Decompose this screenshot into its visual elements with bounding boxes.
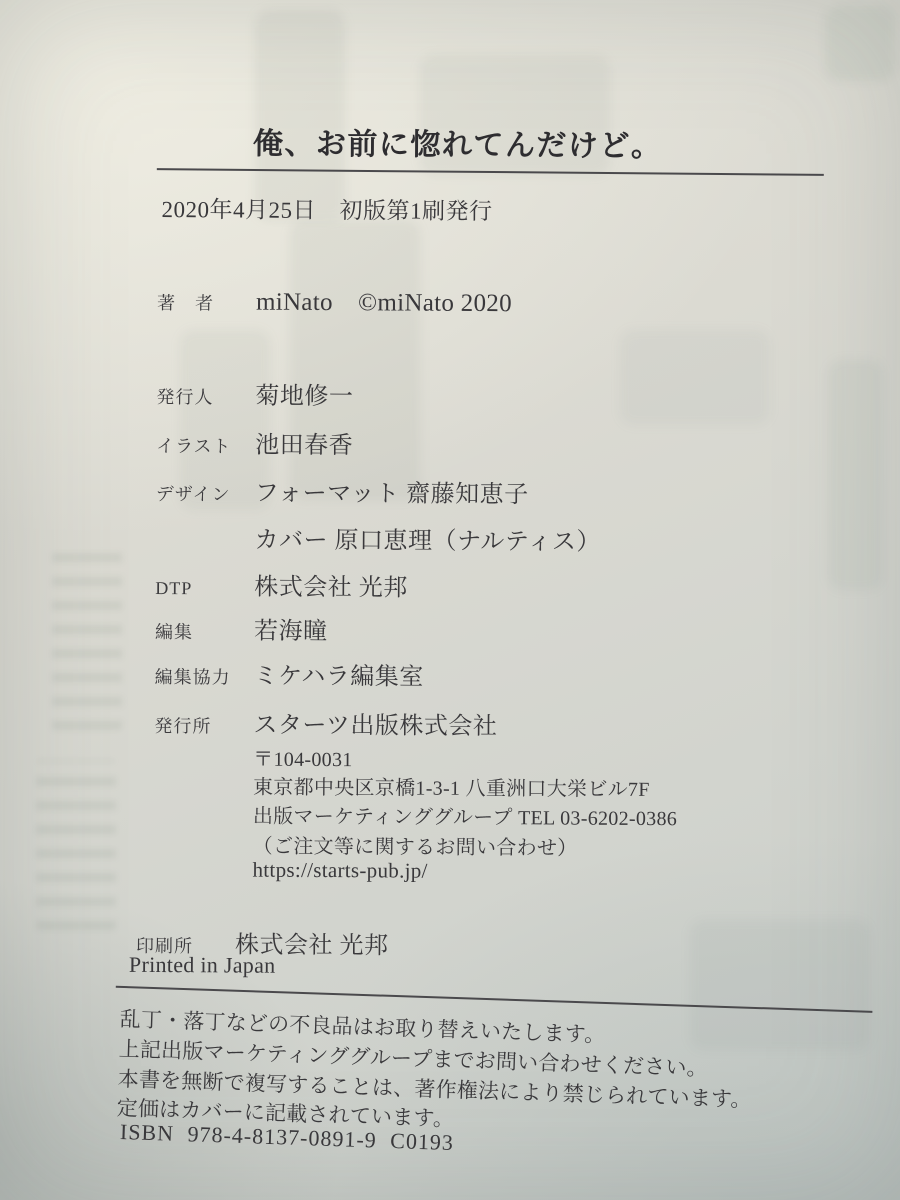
publisher-url: https://starts-pub.jp/: [252, 858, 427, 884]
credit-label-design: デザイン: [156, 480, 255, 507]
book-title: 俺、お前に惚れてんだけど。: [253, 119, 663, 166]
credit-label-illustration: イラスト: [156, 432, 255, 459]
edition-line: 2020年4月25日 初版第1刷発行: [161, 191, 492, 226]
title-divider: [157, 168, 824, 176]
credit-row-publisher-company: 発行所 スターツ出版株式会社: [154, 704, 497, 741]
publisher-group-tel: 出版マーケティンググループ TEL 03-6202-0386: [253, 800, 677, 832]
credit-label-editor: 編集: [155, 618, 254, 645]
printed-in-japan-line: Printed in Japan: [129, 952, 276, 979]
credit-label-dtp: DTP: [155, 578, 254, 600]
credit-label-author: 著 者: [157, 289, 256, 316]
book-colophon-photo: 俺、お前に惚れてんだけど。 2020年4月25日 初版第1刷発行 著 者 miN…: [0, 0, 900, 1200]
credit-row-illustration: イラスト 池田春香: [156, 424, 353, 460]
credit-row-design: デザイン フォーマット 齋藤知恵子: [156, 472, 529, 509]
credit-value-publisher-company: スターツ出版株式会社: [253, 705, 497, 741]
publisher-street-address: 東京都中央区京橋1-3-1 八重洲口大栄ビル7F: [253, 771, 650, 802]
credit-row-dtp: DTP 株式会社 光邦: [155, 566, 408, 603]
credit-label-publisher-company: 発行所: [154, 712, 253, 739]
credit-row-author: 著 者 miNato ©miNato 2020: [157, 281, 512, 319]
credit-row-publisher-person: 発行人 菊地修一: [156, 375, 353, 411]
publisher-contact-note: （ご注文等に関するお問い合わせ）: [253, 830, 578, 861]
credit-value-illustration: 池田春香: [255, 425, 353, 461]
credit-value-design-cover: カバー 原口恵理（ナルティス）: [254, 520, 601, 557]
publisher-postal-code: 〒104-0031: [253, 743, 353, 773]
credit-value-dtp: 株式会社 光邦: [254, 567, 408, 603]
credit-value-editor: 若海瞳: [254, 611, 328, 646]
credit-row-editorial-support: 編集協力 ミケハラ編集室: [155, 655, 424, 692]
credit-value-author: miNato ©miNato 2020: [256, 282, 512, 320]
credit-label-editorial-support: 編集協力: [155, 663, 254, 690]
colophon-content: 俺、お前に惚れてんだけど。 2020年4月25日 初版第1刷発行 著 者 miN…: [0, 0, 900, 1200]
credit-value-editorial-support: ミケハラ編集室: [254, 656, 424, 692]
credit-label-publisher-person: 発行人: [156, 383, 255, 410]
credit-row-editor: 編集 若海瞳: [155, 610, 328, 646]
bottom-notes-block: 乱丁・落丁などの不良品はお取り替えいたします。 上記出版マーケティンググループま…: [116, 986, 891, 1012]
credit-value-design-format: フォーマット 齋藤知恵子: [255, 473, 529, 510]
credit-value-publisher-person: 菊地修一: [255, 376, 353, 412]
